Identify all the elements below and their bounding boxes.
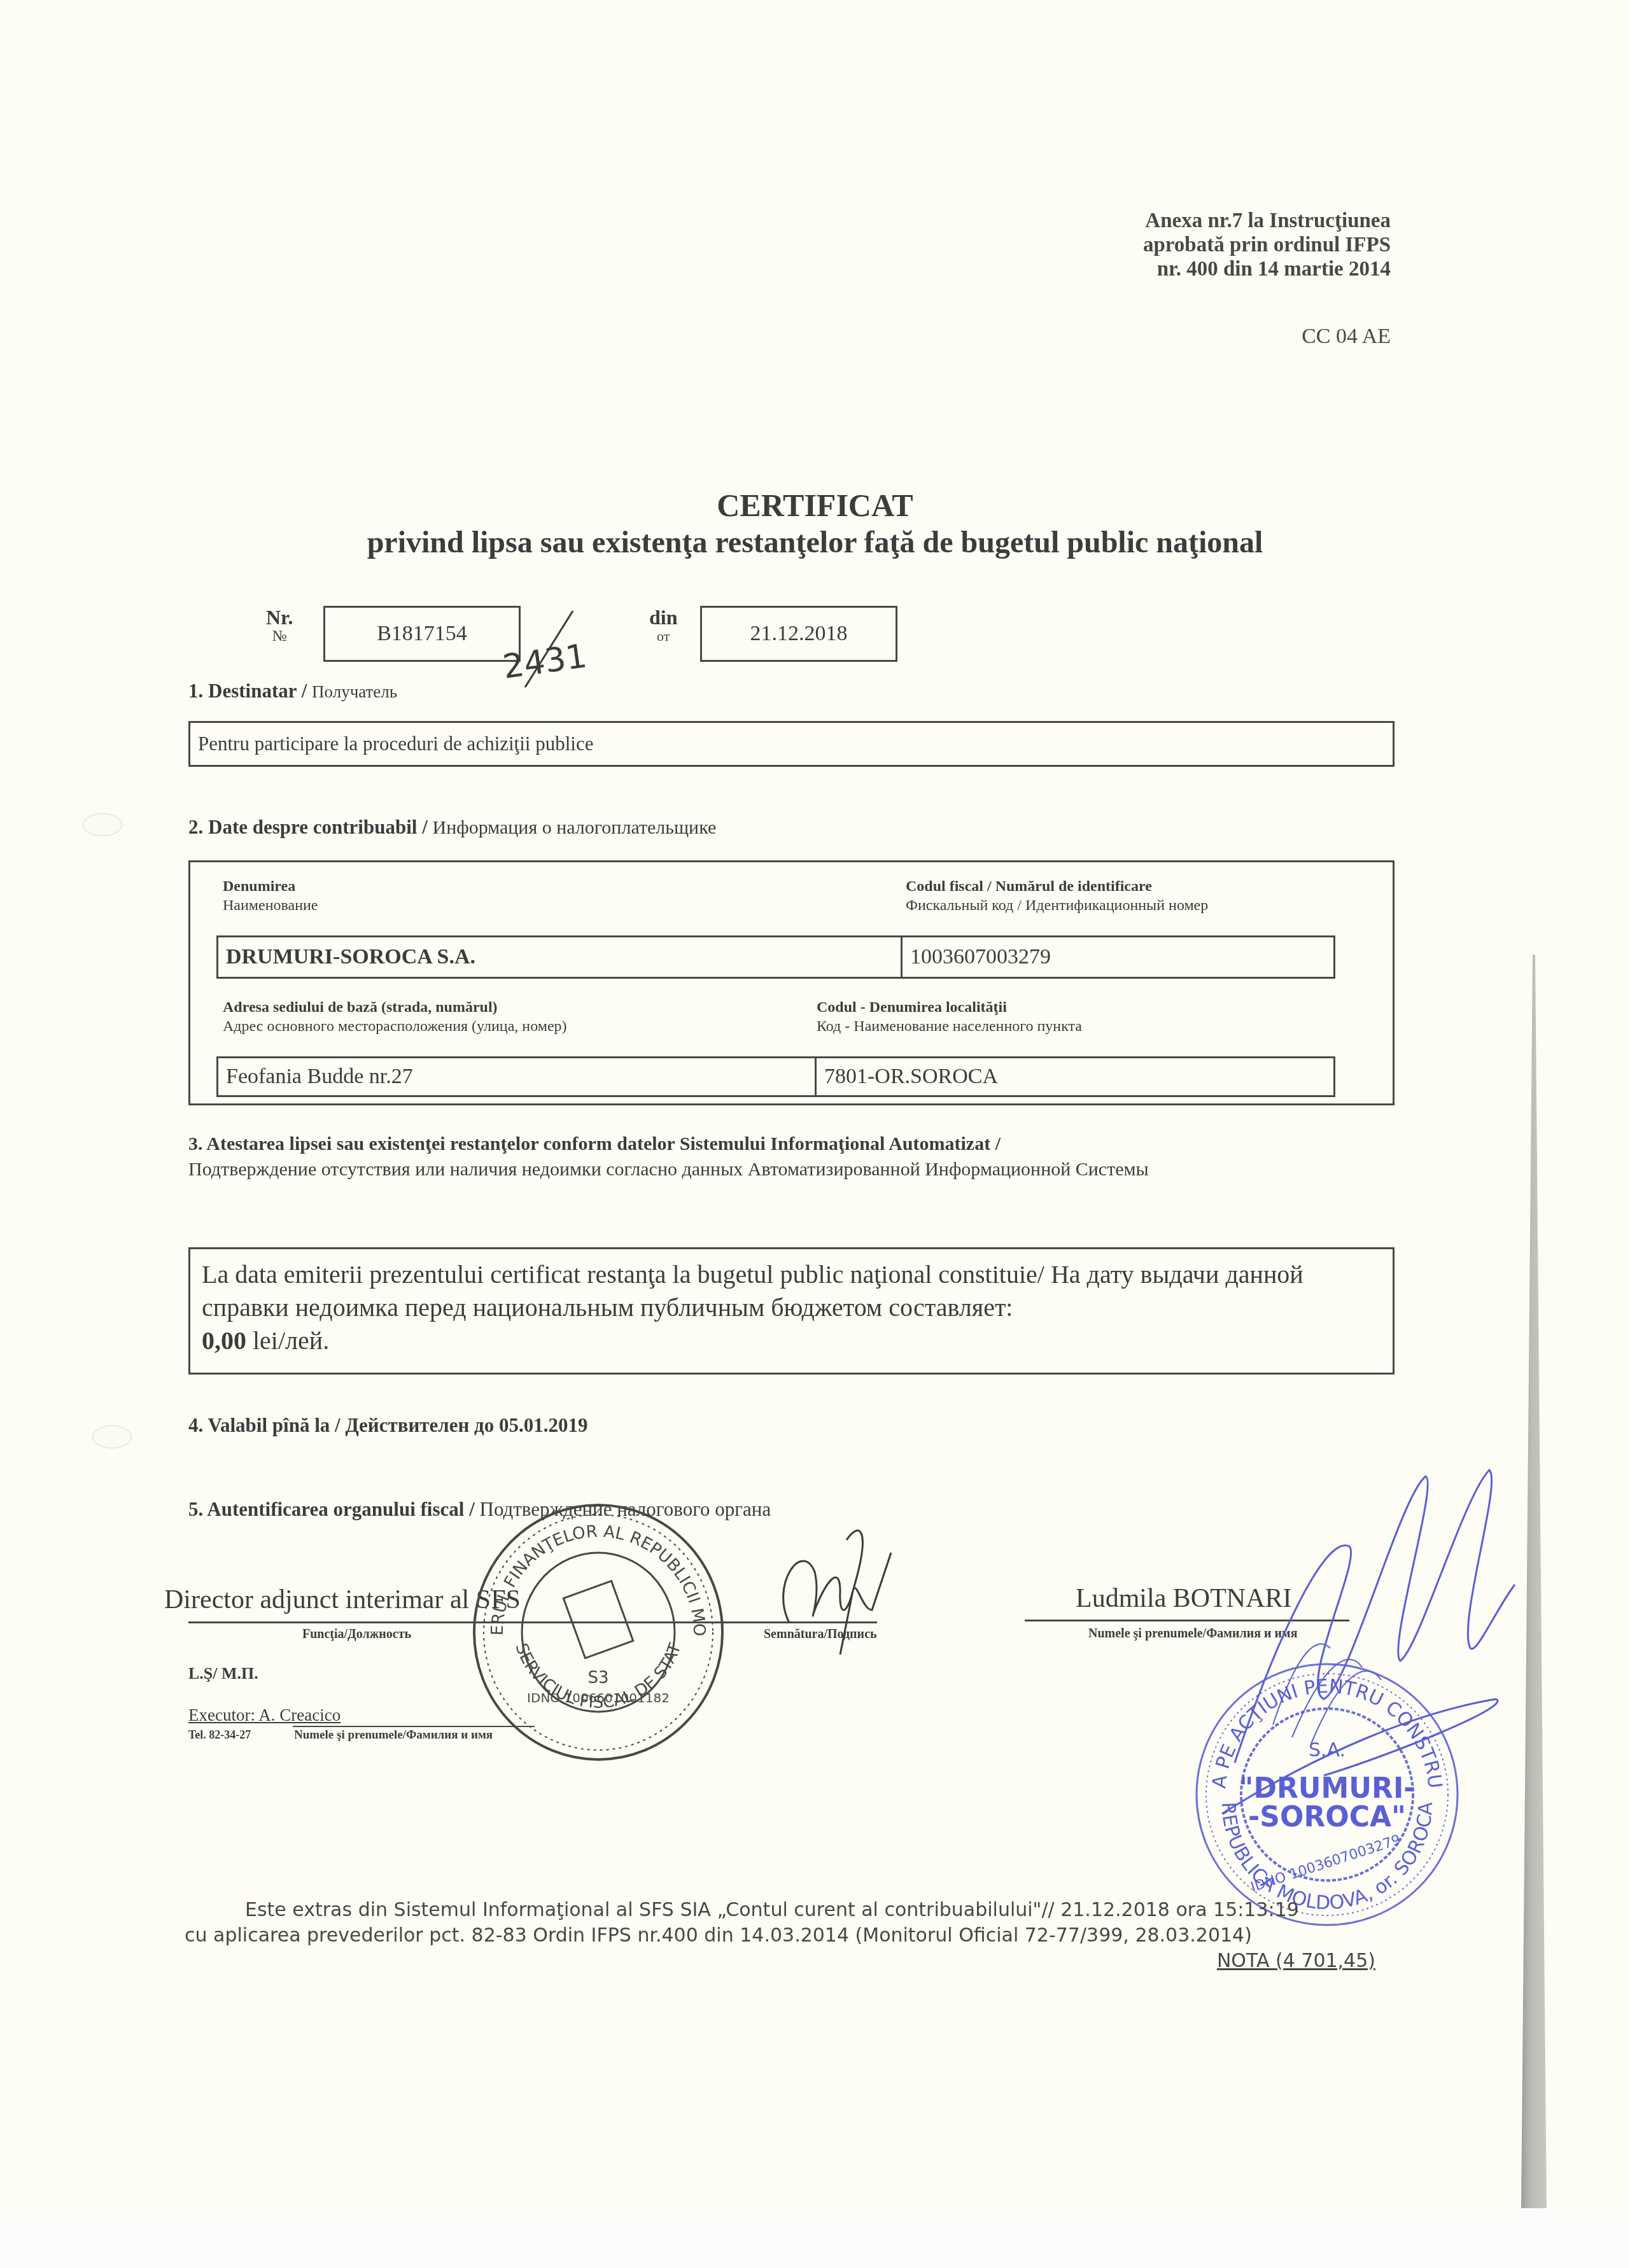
section-2-heading-ru: Информация о налогоплательщике xyxy=(433,817,717,838)
locality-label-ru: Код - Наименование населенного пункта xyxy=(817,1017,1082,1036)
company-signature xyxy=(1197,1457,1528,1814)
locality-label-ro: Codul - Denumirea localităţii xyxy=(817,998,1082,1017)
svg-text:MINISTERUL FINANŢELOR AL REPUB: MINISTERUL FINANŢELOR AL REPUBLICII MOLD… xyxy=(465,1499,708,1637)
annex-line-3: nr. 400 din 14 martie 2014 xyxy=(1143,257,1391,281)
fiscal-code-box: 1003607003279 xyxy=(901,935,1335,979)
name-label-ro: Denumirea xyxy=(223,877,318,896)
executor-caption: Numele şi prenumele/Фамилия и имя xyxy=(294,1728,493,1742)
address-label: Adresa sediului de bază (strada, numărul… xyxy=(223,998,567,1036)
name-label-ru: Наименование xyxy=(223,896,318,915)
recipient-value: Pentru participare la proceduri de achiz… xyxy=(190,732,593,755)
debt-statement-box: La data emiterii prezentului certificat … xyxy=(188,1247,1395,1375)
validity: 4. Valabil pînă la / Действителен до 05.… xyxy=(188,1414,587,1437)
official-signature xyxy=(745,1515,897,1667)
svg-text:S3: S3 xyxy=(587,1669,608,1688)
footer-line-1: Este extras din Sistemul Informaţional a… xyxy=(245,1899,1299,1921)
section-1-heading-ro: 1. Destinatar / xyxy=(188,680,307,702)
section-2-heading-ro: 2. Date despre contribuabil / xyxy=(188,816,428,838)
recipient-box: Pentru participare la proceduri de achiz… xyxy=(188,721,1395,767)
address-box: Feofania Budde nr.27 xyxy=(216,1056,817,1097)
annex-line-2: aprobată prin ordinul IFPS xyxy=(1143,233,1391,257)
section-3-heading-ru: Подтверждение отсутствия или наличия нед… xyxy=(188,1157,1398,1182)
annex-reference: Anexa nr.7 la Instrucţiunea aprobată pri… xyxy=(1143,209,1391,281)
section-2-heading: 2. Date despre contribuabil / Информация… xyxy=(188,816,716,839)
locality-box: 7801-OR.SOROCA xyxy=(815,1056,1335,1097)
seal-label: L.Ş/ М.П. xyxy=(188,1664,258,1683)
position-caption: Funcţia/Должность xyxy=(302,1627,411,1642)
fiscal-code-label: Codul fiscal / Numărul de identificare Ф… xyxy=(906,877,1208,915)
debt-statement: La data emiterii prezentului certificat … xyxy=(190,1249,1393,1366)
scan-margin xyxy=(0,2208,1630,2268)
section-1-heading-ru: Получатель xyxy=(312,682,397,701)
binder-hole-top xyxy=(83,813,122,836)
document-subtitle: privind lipsa sau existenţa restanţelor … xyxy=(0,525,1630,560)
footer-note: NOTA (4 701,45) xyxy=(1217,1950,1375,1972)
section-3-heading-ro: 3. Atestarea lipsei sau existenţei resta… xyxy=(188,1131,1398,1157)
section-5-heading-ro: 5. Autentificarea organului fiscal / xyxy=(188,1498,475,1520)
footer-line-2: cu aplicarea prevederilor pct. 82-83 Ord… xyxy=(185,1924,1252,1947)
debt-statement-text: La data emiterii prezentului certificat … xyxy=(202,1260,1303,1322)
address-value: Feofania Budde nr.27 xyxy=(218,1065,413,1089)
certificate-number-box: B1817154 xyxy=(323,606,521,662)
address-label-ru: Адрес основного месторасположения (улица… xyxy=(223,1017,567,1036)
fiscal-code: 1003607003279 xyxy=(903,945,1051,969)
fiscal-code-label-ru: Фискальный код / Идентификационный номер xyxy=(906,896,1208,915)
executor: Executor: A. Creacico xyxy=(188,1705,341,1725)
locality-label: Codul - Denumirea localităţii Код - Наим… xyxy=(817,998,1082,1036)
svg-text:IDNO 1006601001182: IDNO 1006601001182 xyxy=(527,1690,670,1705)
fiscal-code-label-ro: Codul fiscal / Numărul de identificare xyxy=(906,877,1208,896)
date-label-ro: din xyxy=(649,608,677,627)
document-title: CERTIFICAT xyxy=(0,487,1630,524)
debt-amount: 0,00 xyxy=(202,1326,246,1355)
certificate-date: 21.12.2018 xyxy=(750,622,848,646)
debt-currency: lei/лей. xyxy=(253,1326,329,1355)
fiscal-service-stamp: MINISTERUL FINANŢELOR AL REPUBLICII MOLD… xyxy=(465,1499,732,1766)
number-label: Nr. № xyxy=(266,608,293,646)
executor-phone: Tel. 82-34-27 xyxy=(188,1728,251,1742)
company-name-box: DRUMURI-SOROCA S.A. xyxy=(216,935,903,979)
number-label-ru: № xyxy=(266,627,293,646)
form-code: CC 04 AE xyxy=(1302,325,1391,349)
number-label-ro: Nr. xyxy=(266,608,293,627)
binder-hole-bottom xyxy=(92,1425,132,1448)
certificate-date-box: 21.12.2018 xyxy=(700,606,897,662)
locality-value: 7801-OR.SOROCA xyxy=(817,1065,998,1089)
address-label-ro: Adresa sediului de bază (strada, numărul… xyxy=(223,998,567,1017)
section-3-heading: 3. Atestarea lipsei sau existenţei resta… xyxy=(188,1131,1398,1182)
validity-text: 4. Valabil pînă la / Действителен до 05.… xyxy=(188,1414,587,1436)
date-label: din от xyxy=(649,608,677,646)
certificate-number: B1817154 xyxy=(377,622,467,646)
date-label-ru: от xyxy=(649,627,677,646)
section-1-heading: 1. Destinatar / Получатель xyxy=(188,680,397,703)
name-label: Denumirea Наименование xyxy=(223,877,318,915)
annex-line-1: Anexa nr.7 la Instrucţiunea xyxy=(1143,209,1391,233)
company-name: DRUMURI-SOROCA S.A. xyxy=(218,945,475,969)
